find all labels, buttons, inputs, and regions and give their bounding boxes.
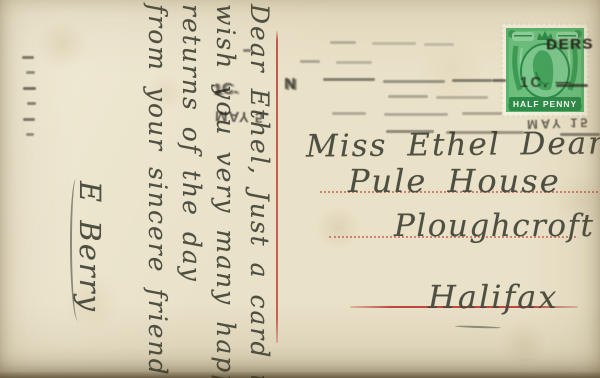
postmark-time-fragment: 1C. — (520, 74, 573, 91)
cancellation-dash (243, 49, 251, 52)
cancellation-dash (386, 130, 434, 133)
postmark-smudge: 1C. (212, 80, 238, 100)
cancellation-dash (332, 112, 366, 115)
signature: E Berry (70, 179, 107, 321)
cancellation-dash (384, 113, 448, 116)
address-line-4: Halifax (428, 278, 558, 316)
cancellation-dash (323, 78, 375, 81)
card-bottom-edge-shadow (0, 371, 600, 378)
halifax-underline (455, 325, 501, 329)
cancellation-dash (452, 79, 492, 82)
postmark-town-fragment: DERS (546, 36, 594, 54)
cancellation-dash (26, 133, 34, 136)
cancellation-dash (300, 60, 320, 63)
cancellation-dash (22, 56, 34, 59)
message-line-4: from your sincere friend (140, 4, 174, 364)
message-line-1: Dear Ethel, Just a card to (242, 4, 276, 364)
cancellation-dash (383, 80, 445, 83)
signature-line: E Berry (70, 4, 110, 364)
cancellation-dash (27, 102, 36, 105)
postmark-date-below-stamp: MAY 15 (527, 115, 591, 132)
cancellation-dash (446, 131, 524, 134)
address-line-2: Pule House (348, 162, 561, 200)
cancellation-dash (424, 43, 454, 46)
stamp-denomination-label: HALF PENNY (513, 99, 577, 109)
cancellation-dash (388, 95, 428, 98)
cancellation-dash (560, 133, 600, 136)
postmark-blob: N (284, 76, 296, 94)
message-block: Dear Ethel, Just a card to wish you very… (70, 4, 276, 364)
postcard: Dear Ethel, Just a card to wish you very… (0, 0, 600, 378)
cancellation-dash (372, 42, 416, 45)
cancellation-dash (492, 79, 506, 82)
postmark-date-inverted: MAY 5 (215, 107, 265, 126)
address-divider-line (276, 31, 278, 343)
cancellation-dash (336, 61, 372, 64)
cancellation-dash (556, 84, 588, 87)
message-line-3: returns of the day (174, 4, 208, 364)
cancellation-dash (462, 112, 502, 115)
address-line-3: Ploughcroft (394, 208, 595, 244)
cancellation-dash (26, 71, 35, 74)
cancellation-dash (23, 118, 35, 121)
cancellation-dash (330, 41, 356, 44)
cancellation-dash (436, 96, 488, 99)
cancellation-dash (23, 87, 36, 90)
message-line-2: wish you very many happy (208, 4, 242, 364)
